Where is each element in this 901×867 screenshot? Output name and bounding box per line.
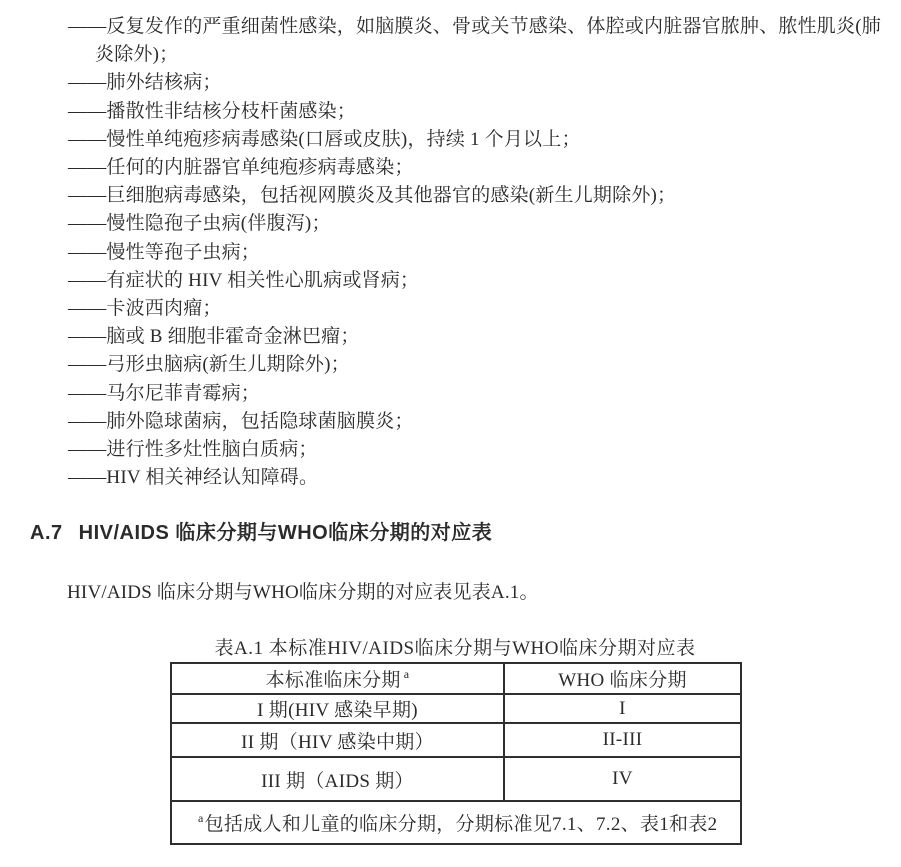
cell-standard-stage-3: III 期（AIDS 期） [171, 757, 504, 801]
aids-conditions-list: ——反复发作的严重细菌性感染，如脑膜炎、骨或关节感染、体腔或内脏器官脓肿、脓性肌… [0, 0, 901, 492]
table-row: I 期(HIV 感染早期) I [171, 694, 741, 723]
list-item: ——弓形虫脑病(新生儿期除外)； [0, 351, 901, 379]
cell-who-stage-1: I [504, 694, 741, 723]
list-item: ——播散性非结核分枝杆菌感染； [0, 98, 901, 126]
list-item: ——反复发作的严重细菌性感染，如脑膜炎、骨或关节感染、体腔或内脏器官脓肿、脓性肌… [0, 13, 901, 69]
list-item: ——肺外隐球菌病，包括隐球菌脑膜炎； [0, 408, 901, 436]
list-item: ——巨细胞病毒感染，包括视网膜炎及其他器官的感染(新生儿期除外)； [0, 182, 901, 210]
footnote-text: 包括成人和儿童的临床分期，分期标准见7.1、7.2、表1和表2 [205, 814, 718, 835]
table-caption: 表A.1 本标准HIV/AIDS临床分期与WHO临床分期对应表 [170, 638, 740, 659]
table-a1-block: 表A.1 本标准HIV/AIDS临床分期与WHO临床分期对应表 本标准临床分期a… [170, 638, 740, 845]
table-row: II 期（HIV 感染中期） II-III [171, 723, 741, 757]
list-item: ——进行性多灶性脑白质病； [0, 436, 901, 464]
table-header-row: 本标准临床分期a WHO 临床分期 [171, 663, 741, 694]
list-item: ——肺外结核病； [0, 69, 901, 97]
section-number: A.7 [30, 522, 63, 544]
table-footnote-row: a包括成人和儿童的临床分期，分期标准见7.1、7.2、表1和表2 [171, 801, 741, 844]
intro-paragraph: HIV/AIDS 临床分期与WHO临床分期的对应表见表A.1。 [67, 582, 901, 604]
cell-who-stage-3: IV [504, 757, 741, 801]
list-item: ——马尔尼菲青霉病； [0, 380, 901, 408]
footnote-mark: a [198, 811, 204, 825]
cell-standard-stage-2: II 期（HIV 感染中期） [171, 723, 504, 757]
table-footnote: a包括成人和儿童的临床分期，分期标准见7.1、7.2、表1和表2 [171, 801, 741, 844]
cell-who-stage-2: II-III [504, 723, 741, 757]
section-heading-a7: A.7HIV/AIDS 临床分期与WHO临床分期的对应表 [30, 522, 901, 544]
cell-standard-stage-1: I 期(HIV 感染早期) [171, 694, 504, 723]
section-title: HIV/AIDS 临床分期与WHO临床分期的对应表 [79, 522, 493, 544]
list-item: ——HIV 相关神经认知障碍。 [0, 464, 901, 492]
footnote-mark-header: a [404, 667, 410, 681]
list-item: ——慢性等孢子虫病； [0, 239, 901, 267]
list-item: ——慢性隐孢子虫病(伴腹泻)； [0, 210, 901, 238]
list-item: ——脑或 B 细胞非霍奇金淋巴瘤； [0, 323, 901, 351]
list-item: ——慢性单纯疱疹病毒感染(口唇或皮肤)，持续 1 个月以上； [0, 126, 901, 154]
list-item: ——有症状的 HIV 相关性心肌病或肾病； [0, 267, 901, 295]
header-standard-staging-label: 本标准临床分期 [266, 670, 401, 691]
list-item: ——卡波西肉瘤； [0, 295, 901, 323]
document-page: ——反复发作的严重细菌性感染，如脑膜炎、骨或关节感染、体腔或内脏器官脓肿、脓性肌… [0, 0, 901, 845]
header-standard-staging: 本标准临床分期a [171, 663, 504, 694]
header-who-staging: WHO 临床分期 [504, 663, 741, 694]
list-item: ——任何的内脏器官单纯疱疹病毒感染； [0, 154, 901, 182]
table-row: III 期（AIDS 期） IV [171, 757, 741, 801]
clinical-staging-table: 本标准临床分期a WHO 临床分期 I 期(HIV 感染早期) I II 期（H… [170, 662, 742, 845]
